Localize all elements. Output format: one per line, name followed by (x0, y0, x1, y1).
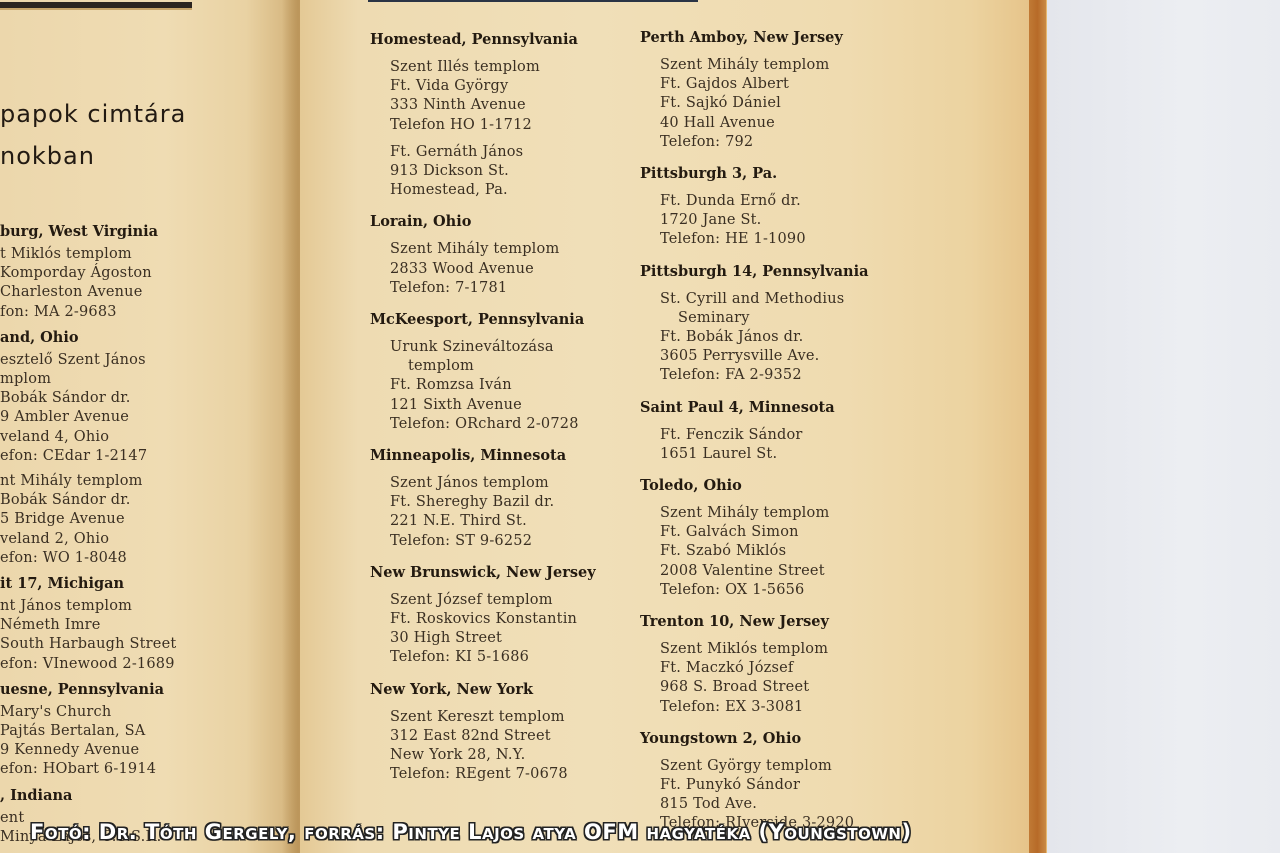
entry-line: efon: VInewood 2-1689 (0, 655, 176, 674)
entry-line: Telefon: KI 5-1686 (370, 648, 596, 667)
entry-line: 121 Sixth Avenue (370, 396, 596, 415)
directory-entry: Toledo, Ohio Szent Mihály templom Ft. Ga… (640, 476, 868, 600)
directory-entry: New Brunswick, New Jersey Szent József t… (370, 563, 596, 668)
entry-city: New York, New York (370, 680, 596, 699)
entry-line: Mary's Church (0, 703, 176, 722)
entry-line: Pajtás Bertalan, SA (0, 722, 176, 741)
page-title-line-1: papok cimtára (0, 100, 186, 128)
header-rule (0, 2, 192, 10)
entry-line: Charleston Avenue (0, 283, 176, 302)
entry-line: Telefon: ST 9-6252 (370, 532, 596, 551)
entry-line: 5 Bridge Avenue (0, 510, 176, 529)
entry-line: 1720 Jane St. (640, 211, 868, 230)
entry-line: Szent Kereszt templom (370, 708, 596, 727)
directory-column-1: Homestead, Pennsylvania Szent Illés temp… (370, 30, 596, 796)
entry-line: templom (370, 357, 596, 376)
entry-line: Szent József templom (370, 591, 596, 610)
directory-entry: Pittsburgh 3, Pa. Ft. Dunda Ernő dr. 172… (640, 164, 868, 250)
entry-line: 9 Kennedy Avenue (0, 741, 176, 760)
entry-line: nt Mihály templom (0, 472, 176, 491)
entry-line: Szent Mihály templom (370, 240, 596, 259)
entry-line: Bobák Sándor dr. (0, 491, 176, 510)
entry-line: 30 High Street (370, 629, 596, 648)
entry-line: Szent Mihály templom (640, 504, 868, 523)
left-page: papok cimtára nokban burg, West Virginia… (0, 0, 300, 853)
entry-line: Ft. Punykó Sándor (640, 776, 868, 795)
entry-line: 312 East 82nd Street (370, 727, 596, 746)
entry-line: Németh Imre (0, 616, 176, 635)
entry-line: Telefon: FA 2-9352 (640, 366, 868, 385)
entry-line: Ft. Roskovics Konstantin (370, 610, 596, 629)
entry-line: Ft. Szabó Miklós (640, 542, 868, 561)
entry-line: Ft. Gernáth János (370, 143, 596, 162)
entry-line: Bobák Sándor dr. (0, 389, 176, 408)
background-surface (1046, 0, 1280, 853)
entry-city: McKeesport, Pennsylvania (370, 310, 596, 329)
entry-line: Telefon: REgent 7-0678 (370, 765, 596, 784)
directory-entry: burg, West Virginia t Miklós templom Kom… (0, 222, 176, 322)
entry-line: veland 2, Ohio (0, 530, 176, 549)
entry-line: Telefon: 7-1781 (370, 279, 596, 298)
entry-line: Ft. Sajkó Dániel (640, 94, 868, 113)
entry-line: veland 4, Ohio (0, 428, 176, 447)
entry-line: Telefon: HE 1-1090 (640, 230, 868, 249)
photo-credit-caption: Fotó: Dr. Tóth Gergely, forrás: Pintye L… (30, 820, 912, 844)
entry-line: 9 Ambler Avenue (0, 408, 176, 427)
entry-line: Szent Illés templom (370, 58, 596, 77)
directory-entry: Saint Paul 4, Minnesota Ft. Fenczik Sánd… (640, 398, 868, 464)
entry-line: Szent Miklós templom (640, 640, 868, 659)
entry-line: Telefon: 792 (640, 133, 868, 152)
entry-line: Komporday Ágoston (0, 264, 176, 283)
directory-entry: Youngstown 2, Ohio Szent György templom … (640, 729, 868, 834)
entry-city: , Indiana (0, 786, 176, 805)
entry-line: 333 Ninth Avenue (370, 96, 596, 115)
entry-line: efon: HObart 6-1914 (0, 760, 176, 779)
entry-line: 815 Tod Ave. (640, 795, 868, 814)
entry-line: Telefon: OX 1-5656 (640, 581, 868, 600)
entry-city: Minneapolis, Minnesota (370, 446, 596, 465)
entry-line: Telefon: EX 3-3081 (640, 698, 868, 717)
entry-city: uesne, Pennsylvania (0, 680, 176, 699)
entry-city: New Brunswick, New Jersey (370, 563, 596, 582)
entry-line: South Harbaugh Street (0, 635, 176, 654)
directory-entry: New York, New York Szent Kereszt templom… (370, 680, 596, 785)
entry-line: Szent János templom (370, 474, 596, 493)
entry-line: nt János templom (0, 597, 176, 616)
left-directory-column: burg, West Virginia t Miklós templom Kom… (0, 222, 176, 853)
entry-line: 3605 Perrysville Ave. (640, 347, 868, 366)
book-page-edge (1029, 0, 1047, 853)
entry-line: 968 S. Broad Street (640, 678, 868, 697)
entry-line: Ft. Fenczik Sándor (640, 426, 868, 445)
directory-entry: Homestead, Pennsylvania Szent Illés temp… (370, 30, 596, 200)
entry-line: Urunk Szineváltozása (370, 338, 596, 357)
directory-entry: and, Ohio esztelő Szent János mplom Bobá… (0, 328, 176, 466)
right-page: Homestead, Pennsylvania Szent Illés temp… (300, 0, 1029, 853)
entry-line: St. Cyrill and Methodius (640, 290, 868, 309)
directory-entry: uesne, Pennsylvania Mary's Church Pajtás… (0, 680, 176, 780)
entry-city: and, Ohio (0, 328, 176, 347)
directory-entry: it 17, Michigan nt János templom Németh … (0, 574, 176, 674)
entry-line: New York 28, N.Y. (370, 746, 596, 765)
entry-line: Seminary (640, 309, 868, 328)
entry-city: Pittsburgh 3, Pa. (640, 164, 868, 183)
directory-entry: McKeesport, Pennsylvania Urunk Szinevált… (370, 310, 596, 434)
entry-line: 2008 Valentine Street (640, 562, 868, 581)
entry-line: Szent Mihály templom (640, 56, 868, 75)
entry-line: efon: WO 1-8048 (0, 549, 176, 568)
entry-city: Perth Amboy, New Jersey (640, 28, 868, 47)
directory-entry: Trenton 10, New Jersey Szent Miklós temp… (640, 612, 868, 717)
page-title-line-2: nokban (0, 142, 95, 170)
entry-line: 913 Dickson St. (370, 162, 596, 181)
entry-city: burg, West Virginia (0, 222, 176, 241)
entry-line: Telefon HO 1-1712 (370, 116, 596, 135)
entry-city: Pittsburgh 14, Pennsylvania (640, 262, 868, 281)
entry-line: Ft. Vida György (370, 77, 596, 96)
entry-line: t Miklós templom (0, 245, 176, 264)
entry-line: Ft. Romzsa Iván (370, 376, 596, 395)
entry-line: fon: MA 2-9683 (0, 303, 176, 322)
entry-city: Trenton 10, New Jersey (640, 612, 868, 631)
entry-line: Ft. Maczkó József (640, 659, 868, 678)
directory-entry: nt Mihály templom Bobák Sándor dr. 5 Bri… (0, 472, 176, 568)
directory-column-2: Perth Amboy, New Jersey Szent Mihály tem… (640, 28, 868, 846)
entry-city: Toledo, Ohio (640, 476, 868, 495)
entry-line: Ft. Galvách Simon (640, 523, 868, 542)
entry-line: Ft. Bobák János dr. (640, 328, 868, 347)
entry-line: Telefon: ORchard 2-0728 (370, 415, 596, 434)
entry-city: Youngstown 2, Ohio (640, 729, 868, 748)
entry-line: 2833 Wood Avenue (370, 260, 596, 279)
entry-line: Szent György templom (640, 757, 868, 776)
entry-line: efon: CEdar 1-2147 (0, 447, 176, 466)
entry-city: Saint Paul 4, Minnesota (640, 398, 868, 417)
entry-line: Ft. Gajdos Albert (640, 75, 868, 94)
entry-line: Homestead, Pa. (370, 181, 596, 200)
entry-line: mplom (0, 370, 176, 389)
entry-line: 1651 Laurel St. (640, 445, 868, 464)
entry-line: Ft. Shereghy Bazil dr. (370, 493, 596, 512)
entry-line: Ft. Dunda Ernő dr. (640, 192, 868, 211)
directory-entry: Lorain, Ohio Szent Mihály templom 2833 W… (370, 212, 596, 298)
directory-entry: Perth Amboy, New Jersey Szent Mihály tem… (640, 28, 868, 152)
entry-line: 221 N.E. Third St. (370, 512, 596, 531)
entry-city: Homestead, Pennsylvania (370, 30, 596, 49)
entry-line: esztelő Szent János (0, 351, 176, 370)
entry-line: 40 Hall Avenue (640, 114, 868, 133)
entry-city: Lorain, Ohio (370, 212, 596, 231)
directory-entry: Minneapolis, Minnesota Szent János templ… (370, 446, 596, 551)
header-rule (368, 0, 698, 2)
directory-entry: Pittsburgh 14, Pennsylvania St. Cyrill a… (640, 262, 868, 386)
entry-city: it 17, Michigan (0, 574, 176, 593)
